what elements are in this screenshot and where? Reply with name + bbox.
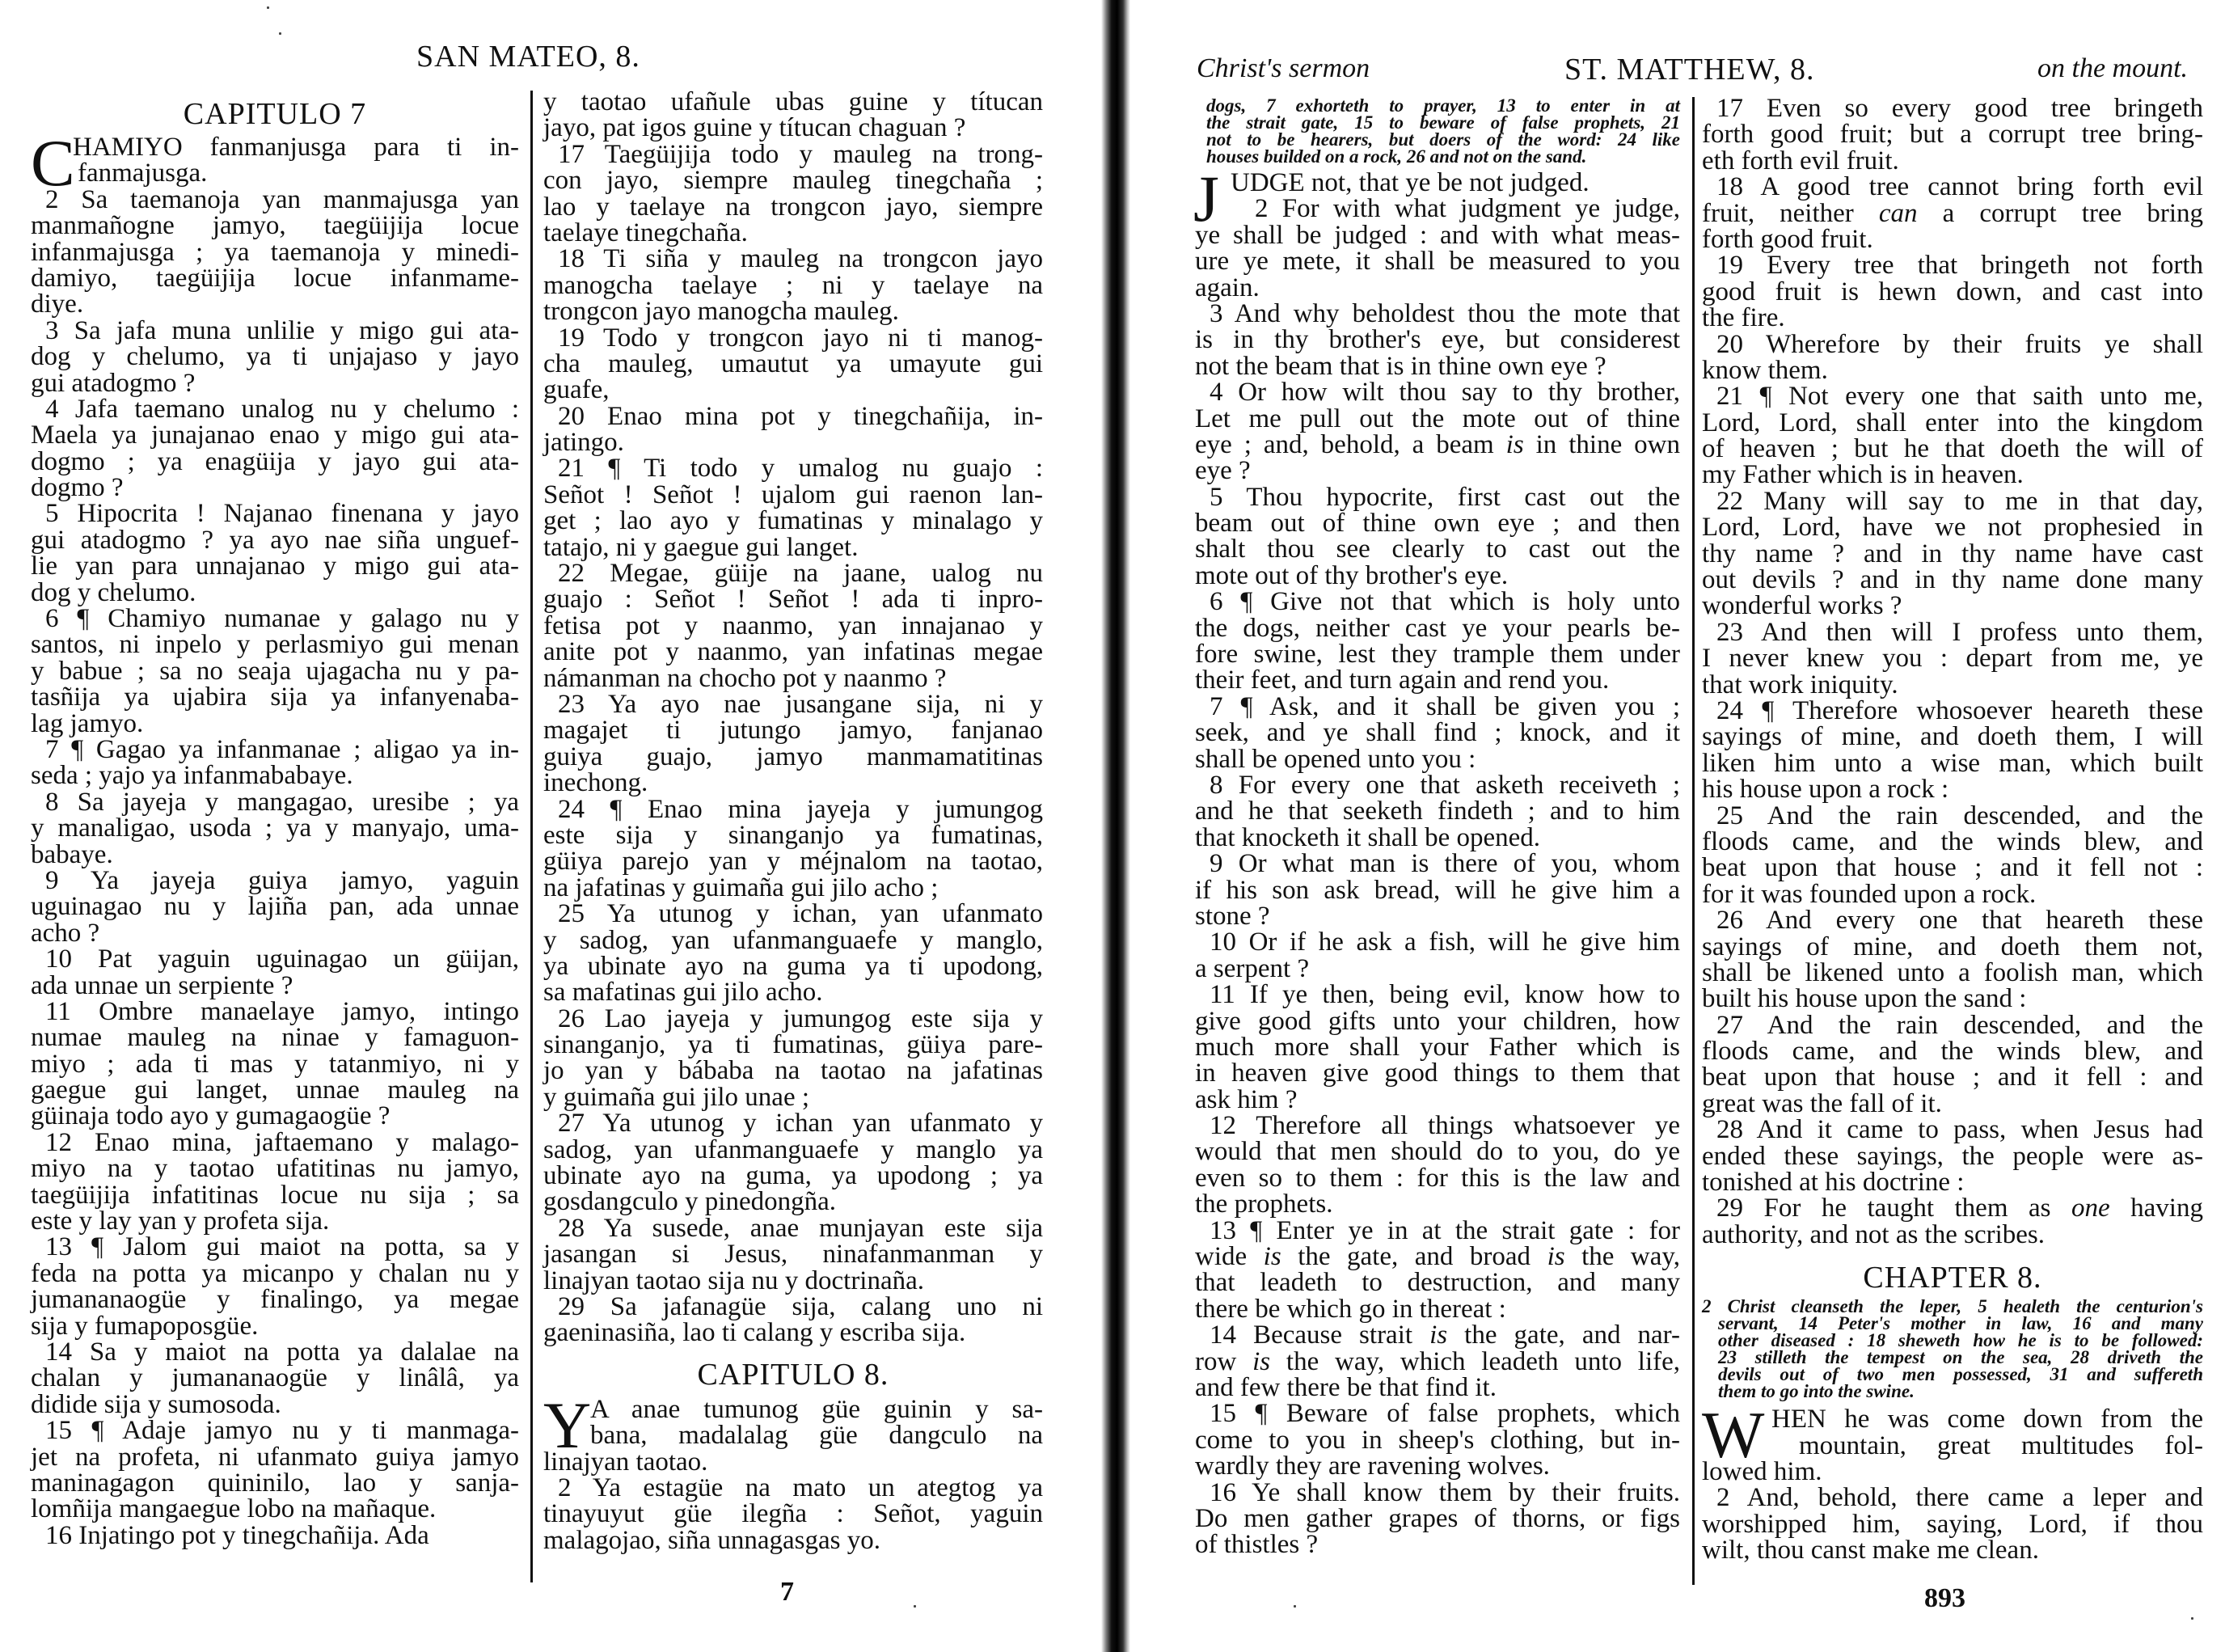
text-line: jumananaogüe y finalingo, ya megae	[31, 1287, 519, 1312]
text-line: 27 And the rain descended, and the	[1702, 1012, 2203, 1038]
text-line: give good gifts unto your children, how	[1195, 1008, 1680, 1034]
text-line: 17 Taegüijija todo y mauleg na trong-	[543, 142, 1043, 167]
text-line: 10 Pat yaguin uguinagao un güijan,	[31, 946, 519, 972]
dropcap-paragraph: W HEN he was come down from the mountain…	[1702, 1406, 2203, 1459]
text-line: eye ; and, behold, a beam is in thine ow…	[1195, 432, 1680, 458]
scan-speck	[914, 1605, 916, 1608]
text-line: 3 Sa jafa muna unlilie y migo gui ata-	[31, 318, 519, 344]
text-line: not the beam that is in thine own eye ?	[1195, 353, 1680, 379]
text-line: 7 ¶ Gagao ya infanmanae ; aligao ya in-	[31, 737, 519, 763]
text-line: 13 ¶ Enter ye in at the strait gate : fo…	[1195, 1218, 1680, 1244]
text-line: lag jamyo.	[31, 711, 519, 737]
text-line: Lord, Lord, have we not prophesied in	[1702, 514, 2203, 540]
text-line: 21 ¶ Ti todo y umalog nu guajo :	[543, 455, 1043, 481]
text-line: shall be opened unto you :	[1195, 746, 1680, 772]
text-line: would that men should do to you, do ye	[1195, 1139, 1680, 1164]
text-line: thy name ? and in thy name have cast	[1702, 541, 2203, 567]
text-line: liken him unto a wise man, which built	[1702, 750, 2203, 776]
chapter-heading-chapter-8: CHAPTER 8.	[1702, 1259, 2203, 1296]
text-line: 18 Ti siña y mauleg na trongcon jayo	[543, 246, 1043, 272]
text-line: manmañogne jamyo, taegüijija locue	[31, 213, 519, 239]
text-line: wide is the gate, and broad is the way,	[1195, 1244, 1680, 1270]
text-line: of heaven ; but he that doeth the will o…	[1702, 436, 2203, 462]
text-line: 12 Therefore all things whatsoever ye	[1195, 1113, 1680, 1139]
right-page-header: ST. MATTHEW, 8.	[1564, 52, 1815, 87]
text-line: mountain, great multitudes fol-	[1702, 1433, 2203, 1459]
text-line: y taotao ufañule ubas guine y títucan	[543, 89, 1043, 115]
text-line: 10 Or if he ask a fish, will he give him	[1195, 929, 1680, 955]
text-line: ada unnae un serpiente ?	[31, 973, 519, 999]
text-line: 29 For he taught them as one having	[1702, 1195, 2203, 1221]
text-line: sa mafatinas gui jilo acho.	[543, 979, 1043, 1005]
text-line: diye.	[31, 291, 519, 317]
text-line: again.	[1195, 275, 1680, 301]
chapter-heading-capitulo-8: CAPITULO 8.	[543, 1356, 1043, 1393]
left-page-column-1: CAPITULO 7 C HAMIYO fanmanjusga para ti …	[31, 95, 519, 1548]
scan-speck	[267, 6, 269, 9]
text-line: dogmo ; ya enagüija y jayo gui ata-	[31, 449, 519, 475]
text-line: out devils ? and in thy name done many	[1702, 567, 2203, 593]
text-line: Lord, Lord, shall enter into the kingdom	[1702, 410, 2203, 436]
text-line: tonished at his doctrine :	[1702, 1169, 2203, 1195]
left-page-header: SAN MATEO, 8.	[416, 39, 640, 74]
text-line: 9 Or what man is there of you, whom	[1195, 851, 1680, 877]
text-line: floods came, and the winds blew, and	[1702, 829, 2203, 855]
text-line: forth good fruit; but a corrupt tree bri…	[1702, 121, 2203, 147]
text-line: y guimaña gui jilo unae ;	[543, 1084, 1043, 1110]
text-line: santos, ni inpelo y perlasmiyo gui menan	[31, 632, 519, 657]
text-line: 25 And the rain descended, and the	[1702, 803, 2203, 829]
text-line: 18 A good tree cannot bring forth evil	[1702, 174, 2203, 200]
text-line: shall be likened unto a foolish man, whi…	[1702, 960, 2203, 986]
text-line: damiyo, taegüijija locue infanmame-	[31, 265, 519, 291]
text-line: 17 Even so every good tree bringeth	[1702, 95, 2203, 121]
text-line: 22 Megae, güije na jaane, ualog nu	[543, 560, 1043, 586]
text-line: worshipped him, saying, Lord, if thou	[1702, 1511, 2203, 1537]
right-page-running-head-left: Christ's sermon	[1197, 53, 1370, 84]
left-page-number: 7	[780, 1577, 794, 1608]
text-line: 8 For every one that asketh receiveth ;	[1195, 772, 1680, 798]
text-line: guafe,	[543, 377, 1043, 403]
text-line: chalan y jumananaogüe y linâlâ, ya	[31, 1365, 519, 1391]
text-line: and few there be that find it.	[1195, 1375, 1680, 1401]
text-line: 2 Sa taemanoja yan manmajusga yan	[31, 187, 519, 213]
dropcap-paragraph: J UDGE not, that ye be not judged. 2 For…	[1195, 170, 1680, 222]
text-line: mote out of thy brother's eye.	[1195, 563, 1680, 589]
text-line: ure ye mete, it shall be measured to you	[1195, 248, 1680, 274]
text-line: 22 Many will say to me in that day,	[1702, 488, 2203, 514]
text-line: their feet, and turn again and rend you.	[1195, 667, 1680, 693]
text-line: linajyan taotao sija nu y doctrinaña.	[543, 1268, 1043, 1294]
verse-lines: lowed him.2 And, behold, there came a le…	[1702, 1459, 2203, 1564]
text-line: HEN he was come down from the	[1702, 1406, 2203, 1432]
text-line: 5 Hipocrita ! Najanao finenana y jayo	[31, 501, 519, 526]
text-line: feda na potta ya micanpo y chalan nu y	[31, 1261, 519, 1287]
summary-line: servant, 14 Peter's mother in law, 16 an…	[1702, 1315, 2203, 1332]
text-line: y sadog, yan ufanmanguaefe y manglo,	[543, 927, 1043, 953]
text-line: UDGE not, that ye be not judged.	[1195, 170, 1680, 196]
verse-lines: 17 Even so every good tree bringethforth…	[1702, 95, 2203, 1248]
text-line: jasangan si Jesus, ninafanmanman y	[543, 1241, 1043, 1267]
text-line: forth good fruit.	[1702, 226, 2203, 252]
text-line: good fruit is hewn down, and cast into	[1702, 279, 2203, 305]
text-line: that work iniquity.	[1702, 672, 2203, 698]
text-line: güiya parejo yan y méjnalom na taotao,	[543, 848, 1043, 874]
text-line: sadog, yan ufanmanguaefe y manglo ya	[543, 1137, 1043, 1163]
dropcap-letter: J	[1193, 171, 1219, 226]
text-line: HAMIYO fanmanjusga para ti in-	[31, 134, 519, 160]
text-line: numae mauleg na ninae y famaguon-	[31, 1025, 519, 1050]
text-line: 29 Sa jafanagüe sija, calang uno ni	[543, 1294, 1043, 1320]
text-line: jet na profeta, ni ufanmato guiya jamyo	[31, 1444, 519, 1470]
text-line: manogcha taelaye ; ni y taelaye na	[543, 273, 1043, 298]
summary-line: 23 stilleth the tempest on the sea, 28 d…	[1702, 1349, 2203, 1366]
dropcap-letter: W	[1702, 1408, 1764, 1463]
text-line: A anae tumunog güe guinin y sa-	[543, 1396, 1043, 1422]
text-line: my Father which is in heaven.	[1702, 462, 2203, 488]
text-line: 8 Sa jayeja y mangagao, uresibe ; ya	[31, 789, 519, 815]
text-line: babaye.	[31, 842, 519, 868]
text-line: eye ?	[1195, 458, 1680, 484]
text-line: gui atadogmo ?	[31, 370, 519, 396]
text-line: 9 Ya jayeja guiya jamyo, yaguin	[31, 868, 519, 894]
text-line: Maela ya junajanao enao y migo gui ata-	[31, 422, 519, 448]
text-line: the fire.	[1702, 305, 2203, 331]
text-line: anite pot y naanmo, yan infatinas megae	[543, 639, 1043, 665]
text-line: y manaligao, usoda ; ya y manyajo, uma-	[31, 815, 519, 841]
summary-line: them to go into the swine.	[1702, 1383, 2203, 1400]
verse-lines: ye shall be judged : and with what meas-…	[1195, 222, 1680, 1558]
text-line: 4 Or how wilt thou say to thy brother,	[1195, 379, 1680, 405]
dropcap-paragraph: Y A anae tumunog güe guinin y sa- bana, …	[543, 1396, 1043, 1449]
text-line: built his house upon the sand :	[1702, 986, 2203, 1012]
text-line: Señot ! Señot ! ujalom gui raenon lan-	[543, 482, 1043, 508]
text-line: tasñija ya ujabira sija ya infanyenaba-	[31, 684, 519, 710]
scan-speck	[279, 32, 281, 35]
text-line: in heaven give good things to them that	[1195, 1060, 1680, 1086]
text-line: even so to them : for this is the law an…	[1195, 1165, 1680, 1191]
text-line: acho ?	[31, 920, 519, 946]
text-line: lie yan para unnajanao y migo gui ata-	[31, 553, 519, 579]
text-line: fruit, neither can a corrupt tree bring	[1702, 201, 2203, 226]
text-line: I never knew you : depart from me, ye	[1702, 645, 2203, 671]
text-line: infanmajusga ; ya taemanoja y minedi-	[31, 239, 519, 265]
verse-lines: linajyan taotao.2 Ya estagüe na mato un …	[543, 1449, 1043, 1554]
text-line: cha mauleg, umautut ya umayute gui	[543, 351, 1043, 377]
text-line: 15 ¶ Adaje jamyo nu y ti manmaga-	[31, 1418, 519, 1443]
text-line: guiya guajo, jamyo manmamatitinas	[543, 744, 1043, 770]
text-line: didide sija y sumosoda.	[31, 1392, 519, 1418]
text-line: 26 Lao jayeja y jumungog este sija y	[543, 1006, 1043, 1032]
right-page-column-3: dogs, 7 exhorteth to prayer, 13 to enter…	[1195, 97, 1680, 1558]
text-line: tinayuyut güe ilegña : Señot, yaguin	[543, 1501, 1043, 1527]
text-line: lomñija mangaegue lobo na mañaque.	[31, 1496, 519, 1522]
text-line: his house upon a rock :	[1702, 776, 2203, 802]
text-line: güinaja todo ayo y gumagaogüe ?	[31, 1103, 519, 1129]
summary-line: 2 Christ cleanseth the leper, 5 healeth …	[1702, 1298, 2203, 1315]
text-line: gaegue gui langet, unnae mauleg na	[31, 1077, 519, 1103]
right-page-column-4: 17 Even so every good tree bringethforth…	[1702, 95, 2203, 1564]
column-divider	[530, 91, 533, 1582]
text-line: inechong.	[543, 770, 1043, 796]
text-line: jo yan y bábaba na taotao na jafatinas	[543, 1058, 1043, 1084]
text-line: lowed him.	[1702, 1459, 2203, 1485]
text-line: fore swine, lest they trample them under	[1195, 641, 1680, 667]
text-line: 19 Todo y trongcon jayo ni ti manog-	[543, 325, 1043, 351]
text-line: gaeninasiña, lao ti calang y escriba sij…	[543, 1320, 1043, 1346]
text-line: seda ; yajo ya infanmababaye.	[31, 763, 519, 788]
text-line: 2 Ya estagüe na mato un ategtog ya	[543, 1475, 1043, 1501]
text-line: bana, madalalag güe dangculo na	[543, 1422, 1043, 1448]
text-line: malagojao, siña unnagasgas yo.	[543, 1527, 1043, 1553]
text-line: much more shall your Father which is	[1195, 1034, 1680, 1060]
text-line: linajyan taotao.	[543, 1449, 1043, 1475]
text-line: sija y fumapoposgüe.	[31, 1313, 519, 1339]
text-line: 27 Ya utunog y ichan yan ufanmato y	[543, 1110, 1043, 1136]
text-line: taegüijija infatitinas locue nu sija ; s…	[31, 1182, 519, 1208]
text-line: na jafatinas y guimaña gui jilo acho ;	[543, 875, 1043, 901]
dropcap-letter: C	[31, 136, 75, 191]
text-line: is in thy brother's eye, but considerest	[1195, 327, 1680, 353]
summary-line: devils out of two men possessed, 31 and …	[1702, 1366, 2203, 1383]
text-line: 14 Because strait is the gate, and nar-	[1195, 1322, 1680, 1348]
text-line: seek, and ye shall find ; knock, and it	[1195, 720, 1680, 746]
text-line: 16 Injatingo pot y tinegchañija. Ada	[31, 1523, 519, 1548]
text-line: ya ubinate ayo na guma ya ti upodong,	[543, 953, 1043, 979]
text-line: 13 ¶ Jalom gui maiot na potta, sa y	[31, 1234, 519, 1260]
summary-line: not to be hearers, but doers of the word…	[1195, 131, 1680, 148]
text-line: 24 ¶ Therefore whosoever heareth these	[1702, 698, 2203, 724]
text-line: fanmajusga.	[31, 160, 519, 186]
summary-line: houses builded on a rock, 26 and not on …	[1195, 148, 1680, 165]
text-line: 6 ¶ Give not that which is holy unto	[1195, 589, 1680, 615]
text-line: for it was founded upon a rock.	[1702, 881, 2203, 907]
text-line: ye shall be judged : and with what meas-	[1195, 222, 1680, 248]
text-line: y babue ; sa no seaja ujagacha nu y pa-	[31, 658, 519, 684]
text-line: 5 Thou hypocrite, first cast out the	[1195, 484, 1680, 510]
summary-line: other diseased : 18 sheweth how he is to…	[1702, 1332, 2203, 1349]
text-line: ubinate ayo na guma, ya upodong ; ya	[543, 1163, 1043, 1189]
text-line: great was the fall of it.	[1702, 1091, 2203, 1117]
text-line: beat upon that house ; and it fell : and	[1702, 1064, 2203, 1090]
text-line: Let me pull out the mote out of thine	[1195, 406, 1680, 432]
text-line: authority, and not as the scribes.	[1702, 1222, 2203, 1248]
text-line: eth forth evil fruit.	[1702, 148, 2203, 174]
scan-speck	[2191, 1617, 2193, 1620]
text-line: ended these sayings, the people were as-	[1702, 1143, 2203, 1169]
text-line: 21 ¶ Not every one that saith unto me,	[1702, 383, 2203, 409]
text-line: 23 Ya ayo nae jusangane sija, ni y	[543, 691, 1043, 717]
text-line: wilt, thou canst make me clean.	[1702, 1537, 2203, 1563]
chapter-summary: dogs, 7 exhorteth to prayer, 13 to enter…	[1195, 97, 1680, 165]
text-line: dogmo ?	[31, 475, 519, 501]
text-line: know them.	[1702, 357, 2203, 383]
book-gutter	[1101, 0, 1130, 1652]
text-line: 19 Every tree that bringeth not forth	[1702, 252, 2203, 278]
text-line: magajet ti jutungo jamyo, fanjanao	[543, 717, 1043, 743]
text-line: wonderful works ?	[1702, 593, 2203, 619]
text-line: taelaye tinegchaña.	[543, 220, 1043, 246]
text-line: 6 ¶ Chamiyo numanae y galago nu y	[31, 606, 519, 632]
text-line: sayings of mine, and doeth them not,	[1702, 934, 2203, 960]
text-line: trongcon jayo manogcha mauleg.	[543, 298, 1043, 324]
text-line: 28 And it came to pass, when Jesus had	[1702, 1117, 2203, 1143]
text-line: 7 ¶ Ask, and it shall be given you ;	[1195, 694, 1680, 720]
text-line: este sija y sinanganjo ya fumatinas,	[543, 822, 1043, 848]
text-line: get ; lao ayo y fumatinas y minalago y	[543, 508, 1043, 534]
text-line: gosdangculo y pinedongña.	[543, 1189, 1043, 1215]
text-line: 3 And why beholdest thou the mote that	[1195, 301, 1680, 327]
text-line: sinanganjo, ya ti fumatinas, güiya pare-	[543, 1032, 1043, 1058]
text-line: row is the way, which leadeth unto life,	[1195, 1349, 1680, 1375]
text-line: stone ?	[1195, 903, 1680, 929]
scan-speck	[1294, 1605, 1296, 1608]
text-line: wardly they are ravening wolves.	[1195, 1453, 1680, 1479]
chapter-heading-capitulo-7: CAPITULO 7	[31, 95, 519, 133]
text-line: tatajo, ni y gaegue gui langet.	[543, 534, 1043, 560]
text-line: floods came, and the winds blew, and	[1702, 1038, 2203, 1064]
text-line: that knocketh it shall be opened.	[1195, 825, 1680, 851]
text-line: there be which go in thereat :	[1195, 1296, 1680, 1322]
text-line: miyo ; ada ti mas y tatanmiyo, ni y	[31, 1051, 519, 1077]
summary-line: the strait gate, 15 to beware of false p…	[1195, 114, 1680, 131]
text-line: 11 If ye then, being evil, know how to	[1195, 982, 1680, 1008]
text-line: 26 And every one that heareth these	[1702, 907, 2203, 933]
text-line: the dogs, neither cast ye your pearls be…	[1195, 615, 1680, 641]
text-line: a serpent ?	[1195, 956, 1680, 982]
text-line: dog y chelumo.	[31, 580, 519, 606]
dropcap-paragraph: C HAMIYO fanmanjusga para ti in- fanmaju…	[31, 134, 519, 187]
text-line: uguinagao nu y lajiña pan, ada unnae	[31, 894, 519, 919]
dropcap-letter: Y	[543, 1398, 591, 1453]
column-divider	[1692, 97, 1695, 1585]
text-line: 20 Wherefore by their fruits ye shall	[1702, 332, 2203, 357]
text-line: lao y taelaye na trongcon jayo, siempre	[543, 194, 1043, 220]
text-line: 15 ¶ Beware of false prophets, which	[1195, 1401, 1680, 1426]
text-line: 4 Jafa taemano unalog nu y chelumo :	[31, 396, 519, 422]
text-line: 16 Ye shall know them by their fruits.	[1195, 1480, 1680, 1506]
text-line: 12 Enao mina, jaftaemano y malago-	[31, 1130, 519, 1156]
text-line: Do men gather grapes of thorns, or figs	[1195, 1506, 1680, 1532]
right-page-number: 893	[1924, 1583, 1965, 1614]
text-line: jatingo.	[543, 429, 1043, 455]
text-line: fetisa pot y naanmo, yan innajanao y	[543, 613, 1043, 639]
text-line: 28 Ya susede, anae munjayan este sija	[543, 1215, 1043, 1241]
verse-lines: 2 Sa taemanoja yan manmajusga yanmanmaño…	[31, 187, 519, 1548]
text-line: con jayo, siempre mauleg tinegchaña ;	[543, 167, 1043, 193]
text-line: 2 For with what judgment ye judge,	[1195, 196, 1680, 222]
text-line: námanman na chocho pot y naanmo ?	[543, 665, 1043, 691]
text-line: 20 Enao mina pot y tinegchañija, in-	[543, 403, 1043, 429]
text-line: 23 And then will I profess unto them,	[1702, 619, 2203, 645]
text-line: guajo : Señot ! Señot ! ada ti inpro-	[543, 586, 1043, 612]
text-line: if his son ask bread, will he give him a	[1195, 877, 1680, 903]
text-line: jayo, pat igos guine y títucan chaguan ?	[543, 115, 1043, 141]
text-line: beat upon that house ; and it fell not :	[1702, 855, 2203, 881]
text-line: and he that seeketh findeth ; and to him	[1195, 798, 1680, 824]
text-line: 11 Ombre manaelaye jamyo, intingo	[31, 999, 519, 1025]
chapter-summary: 2 Christ cleanseth the leper, 5 healeth …	[1702, 1298, 2203, 1400]
text-line: that leadeth to destruction, and many	[1195, 1270, 1680, 1295]
text-line: shalt thou see clearly to cast out the	[1195, 536, 1680, 562]
left-page-column-2: y taotao ufañule ubas guine y títucanjay…	[543, 89, 1043, 1553]
text-line: the prophets.	[1195, 1191, 1680, 1217]
text-line: gui atadogmo ? ya ayo nae siña unguef-	[31, 527, 519, 553]
text-line: 14 Sa y maiot na potta ya dalalae na	[31, 1339, 519, 1365]
text-line: of thistles ?	[1195, 1532, 1680, 1557]
text-line: maninagagon quininilo, lao y sanja-	[31, 1470, 519, 1496]
text-line: dog y chelumo, ya ti unjajaso y jayo	[31, 344, 519, 370]
text-line: beam out of thine own eye ; and then	[1195, 510, 1680, 536]
verse-lines: y taotao ufañule ubas guine y títucanjay…	[543, 89, 1043, 1346]
text-line: 24 ¶ Enao mina jayeja y jumungog	[543, 796, 1043, 822]
text-line: sayings of mine, and doeth them, I will	[1702, 724, 2203, 750]
text-line: este y lay yan y profeta sija.	[31, 1208, 519, 1234]
summary-line: dogs, 7 exhorteth to prayer, 13 to enter…	[1195, 97, 1680, 114]
text-line: come to you in sheep's clothing, but in-	[1195, 1427, 1680, 1453]
right-page-running-head-right: on the mount.	[2037, 53, 2188, 84]
text-line: ask him ?	[1195, 1087, 1680, 1113]
text-line: miyo na y taotao ufatitinas nu jamyo,	[31, 1156, 519, 1181]
text-line: 2 And, behold, there came a leper and	[1702, 1485, 2203, 1510]
text-line: 25 Ya utunog y ichan, yan ufanmato	[543, 901, 1043, 927]
